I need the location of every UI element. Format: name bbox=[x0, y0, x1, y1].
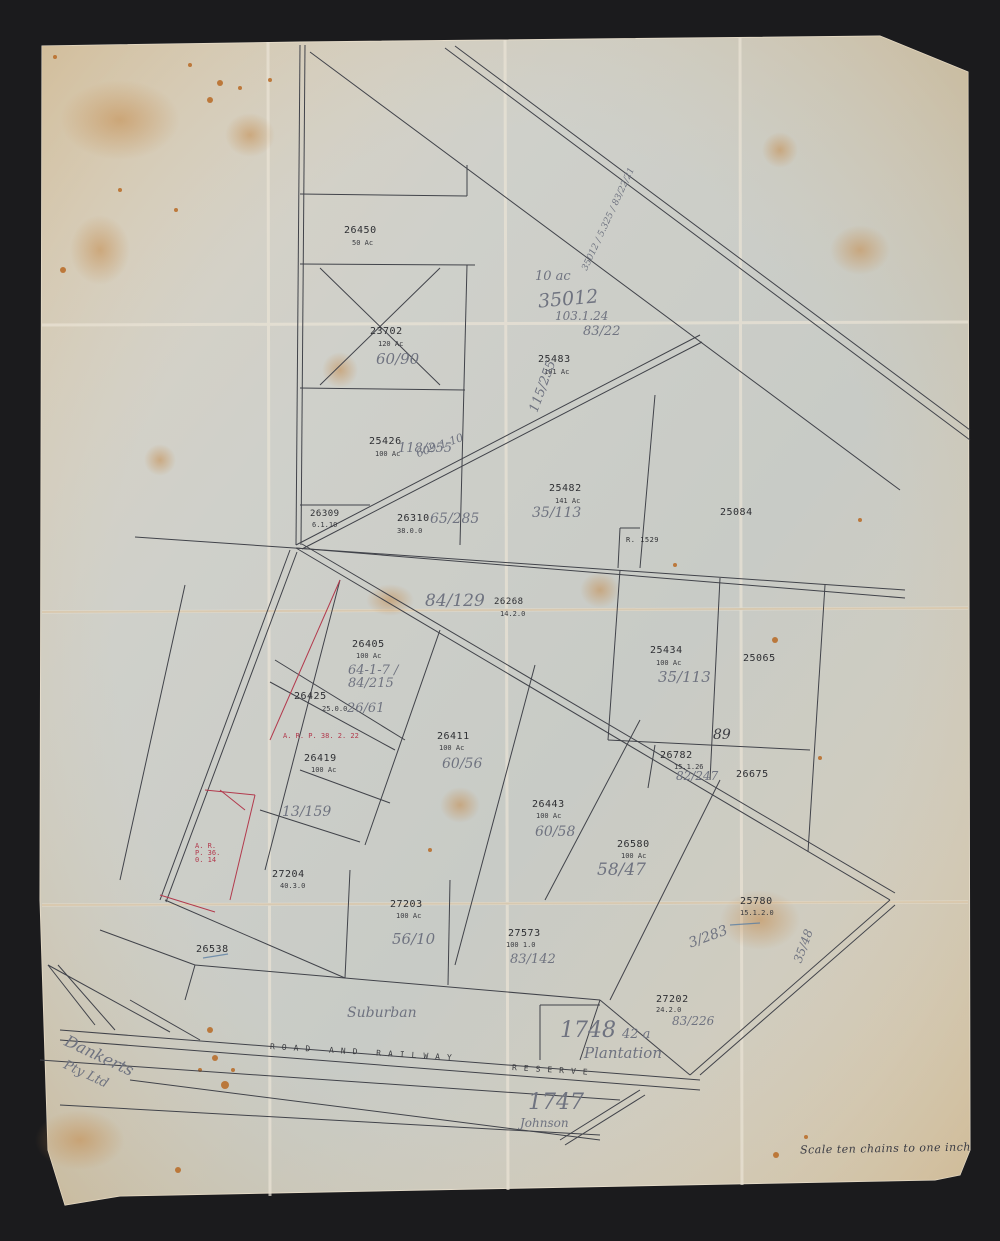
pencil-note: 60/58 bbox=[535, 825, 575, 839]
scale-note: Scale ten chains to one inch bbox=[800, 1142, 971, 1156]
pencil-note: 64-1-7 / 84/215 bbox=[348, 664, 400, 690]
lot-1747-owner: Johnson bbox=[520, 1117, 569, 1129]
pencil-note-large: 35012 bbox=[537, 287, 599, 311]
lot-area: 100 Ac bbox=[356, 653, 381, 660]
pencil-note: 83/226 bbox=[672, 1015, 714, 1027]
lot-number: 26425 bbox=[294, 692, 327, 702]
pencil-note: 83/142 bbox=[510, 953, 556, 966]
lot-area: 50 Ac bbox=[352, 240, 373, 247]
lot-number: 26405 bbox=[352, 640, 385, 650]
pencil-note: 35/113 bbox=[658, 670, 711, 685]
pencil-note: 58/47 bbox=[597, 862, 646, 879]
lot-area: 100 1.0 bbox=[506, 942, 536, 949]
plantation-area: 42 a bbox=[622, 1028, 650, 1041]
pencil-note: 103.1.24 bbox=[555, 310, 608, 322]
pencil-note: 10 ac bbox=[535, 270, 571, 283]
lot-number: 25482 bbox=[549, 484, 582, 494]
pencil-note: 26/61 bbox=[347, 702, 384, 715]
lot-area: 6.1.10 bbox=[312, 522, 337, 529]
lot-number: 26411 bbox=[437, 732, 470, 742]
map-scan: 26450 50 Ac 23702 120 Ac 60/90 25483 101… bbox=[0, 0, 1000, 1241]
lot-number: 26675 bbox=[736, 770, 769, 780]
lot-1747-number: 1747 bbox=[528, 1092, 584, 1114]
lot-number: 25065 bbox=[743, 654, 776, 664]
pencil-note: 35/113 bbox=[532, 506, 581, 520]
lot-area: 25.0.0 bbox=[322, 706, 347, 713]
lot-area: 100 Ac bbox=[439, 745, 464, 752]
lot-area: 100 Ac bbox=[396, 913, 421, 920]
lot-area: 100 Ac bbox=[656, 660, 681, 667]
pencil-note: 13/159 bbox=[282, 805, 331, 819]
lot-number: 25426 bbox=[369, 437, 402, 447]
lot-number: 26443 bbox=[532, 800, 565, 810]
lot-number: 27573 bbox=[508, 929, 541, 939]
lot-number: 26419 bbox=[304, 754, 337, 764]
survey-linework bbox=[0, 0, 1000, 1241]
pencil-note: 83/22 bbox=[583, 325, 620, 338]
lot-area: 100 Ac bbox=[536, 813, 561, 820]
lot-area: 40.3.0 bbox=[280, 883, 305, 890]
lot-number: 25780 bbox=[740, 897, 773, 907]
lot-number: 26538 bbox=[196, 945, 229, 955]
red-area-note: A. R. P. 36. 0. 14 bbox=[195, 843, 225, 864]
lot-area: 100 Ac bbox=[375, 451, 400, 458]
pencil-note: 89 bbox=[713, 728, 731, 742]
plantation-label: Plantation bbox=[584, 1046, 662, 1061]
lot-area: 15.1.2.0 bbox=[740, 910, 774, 917]
pencil-note: 60/56 bbox=[442, 757, 482, 771]
red-area-note: A. R. P. 38. 2. 22 bbox=[283, 733, 359, 740]
lot-area: 120 Ac bbox=[378, 341, 403, 348]
lot-number: 27202 bbox=[656, 995, 689, 1005]
lot-number: 23702 bbox=[370, 327, 403, 337]
lot-area: 38.0.0 bbox=[397, 528, 422, 535]
lot-number: 26309 bbox=[310, 510, 340, 519]
lot-number: 26268 bbox=[494, 598, 524, 607]
pencil-note: 65/285 bbox=[430, 512, 479, 526]
lot-number: 27204 bbox=[272, 870, 305, 880]
pencil-note: 84/129 bbox=[425, 593, 485, 610]
reserve-label: R. 1529 bbox=[626, 537, 659, 544]
suburban-label: Suburban bbox=[347, 1006, 417, 1020]
lot-area: 100 Ac bbox=[621, 853, 646, 860]
lot-area: 141 Ac bbox=[555, 498, 580, 505]
lot-area: 14.2.0 bbox=[500, 611, 525, 618]
lot-area: 100 Ac bbox=[311, 767, 336, 774]
plantation-lot-number: 1748 bbox=[560, 1020, 616, 1042]
lot-number: 25434 bbox=[650, 646, 683, 656]
pencil-note: 82/247 bbox=[676, 770, 718, 782]
lot-area: 24.2.0 bbox=[656, 1007, 681, 1014]
lot-number: 26450 bbox=[344, 226, 377, 236]
lot-number: 27203 bbox=[390, 900, 423, 910]
pencil-note: 60/90 bbox=[376, 352, 419, 367]
lot-number: 26310 bbox=[397, 514, 430, 524]
lot-number: 26580 bbox=[617, 840, 650, 850]
pencil-note: 56/10 bbox=[392, 932, 435, 947]
lot-number: 25084 bbox=[720, 508, 753, 518]
lot-number: 26782 bbox=[660, 751, 693, 761]
